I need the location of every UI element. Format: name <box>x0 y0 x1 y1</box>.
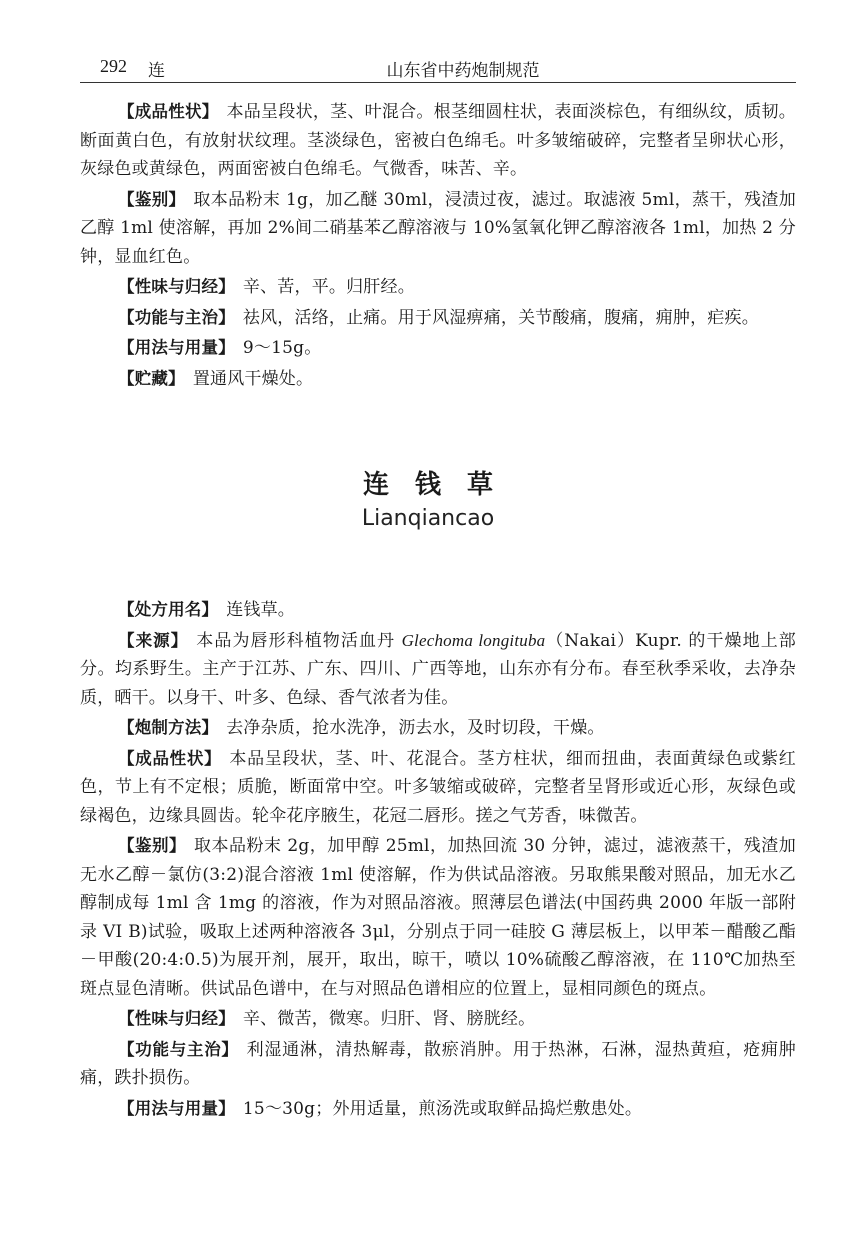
section-label: 【鉴别】 <box>118 190 185 209</box>
section-label: 【功能与主治】 <box>118 1040 239 1059</box>
section-text: 置通风干燥处。 <box>193 369 313 389</box>
section-storage: 【贮藏】置通风干燥处。 <box>80 365 796 394</box>
section-text: 取本品粉末 2g，加甲醇 25ml，加热回流 30 分钟，滤过，滤液蒸干，残渣加… <box>80 836 796 999</box>
entry-body: 【处方用名】连钱草。 【来源】本品为唇形科植物活血丹 Glechoma long… <box>80 596 796 1123</box>
section-dosage: 【用法与用量】9～15g。 <box>80 334 796 363</box>
section-nature-meridian: 【性味与归经】辛、微苦，微寒。归肝、肾、膀胱经。 <box>80 1005 796 1034</box>
section-label: 【成品性状】 <box>118 749 221 768</box>
section-text: 连钱草。 <box>226 600 295 620</box>
entry-title: 连钱草 <box>0 464 856 501</box>
book-page: 292 连 山东省中药炮制规范 【成品性状】本品呈段状，茎、叶混合。根茎细圆柱状… <box>0 0 856 1239</box>
section-text: 去净杂质，抢水洗净，沥去水，及时切段，干燥。 <box>226 718 604 738</box>
section-source: 【来源】本品为唇形科植物活血丹 Glechoma longituba（Nakai… <box>80 627 796 713</box>
section-label: 【成品性状】 <box>118 102 219 121</box>
section-processing-method: 【炮制方法】去净杂质，抢水洗净，沥去水，及时切段，干燥。 <box>80 714 796 743</box>
header-rule <box>80 82 796 83</box>
section-identification: 【鉴别】取本品粉末 1g，加乙醚 30ml，浸渍过夜，滤过。取滤液 5ml，蒸干… <box>80 186 796 272</box>
book-title: 山东省中药炮制规范 <box>80 56 796 81</box>
section-text: 取本品粉末 1g，加乙醚 30ml，浸渍过夜，滤过。取滤液 5ml，蒸干，残渣加… <box>80 190 796 267</box>
section-label: 【鉴别】 <box>118 836 186 855</box>
section-appearance: 【成品性状】本品呈段状，茎、叶混合。根茎细圆柱状，表面淡棕色，有细纵纹，质韧。断… <box>80 98 796 184</box>
section-label: 【用法与用量】 <box>118 1099 235 1118</box>
section-text: 辛、微苦，微寒。归肝、肾、膀胱经。 <box>243 1009 535 1029</box>
section-functions: 【功能与主治】祛风，活络，止痛。用于风湿痹痛，关节酸痛，腹痛，痈肿，疟疾。 <box>80 304 796 333</box>
section-label: 【性味与归经】 <box>118 277 235 296</box>
latin-species-name: Glechoma longituba <box>402 631 546 650</box>
section-functions: 【功能与主治】利湿通淋，清热解毒，散瘀消肿。用于热淋，石淋，湿热黄疸，疮痈肿痛，… <box>80 1036 796 1093</box>
section-text: 祛风，活络，止痛。用于风湿痹痛，关节酸痛，腹痛，痈肿，疟疾。 <box>243 308 759 328</box>
section-label: 【处方用名】 <box>118 600 218 619</box>
entry-pinyin: Lianqiancao <box>0 506 856 531</box>
running-header: 292 连 山东省中药炮制规范 <box>80 52 796 82</box>
section-prescription-name: 【处方用名】连钱草。 <box>80 596 796 625</box>
section-nature-meridian: 【性味与归经】辛、苦，平。归肝经。 <box>80 273 796 302</box>
section-appearance: 【成品性状】本品呈段状，茎、叶、花混合。茎方柱状，细而扭曲，表面黄绿色或紫红色，… <box>80 745 796 831</box>
section-text: 辛、苦，平。归肝经。 <box>243 277 415 297</box>
section-label: 【贮藏】 <box>118 369 185 388</box>
section-text: 本品为唇形科植物活血丹 <box>196 631 401 651</box>
section-text: 9～15g。 <box>243 338 322 358</box>
section-label: 【炮制方法】 <box>118 718 218 737</box>
section-label: 【功能与主治】 <box>118 308 235 327</box>
section-label: 【用法与用量】 <box>118 338 235 357</box>
section-label: 【来源】 <box>118 631 188 650</box>
section-label: 【性味与归经】 <box>118 1009 235 1028</box>
section-dosage: 【用法与用量】15～30g；外用适量，煎汤洗或取鲜品捣烂敷患处。 <box>80 1095 796 1124</box>
previous-entry: 【成品性状】本品呈段状，茎、叶混合。根茎细圆柱状，表面淡棕色，有细纵纹，质韧。断… <box>80 98 796 393</box>
section-text: 15～30g；外用适量，煎汤洗或取鲜品捣烂敷患处。 <box>243 1099 642 1119</box>
section-identification: 【鉴别】取本品粉末 2g，加甲醇 25ml，加热回流 30 分钟，滤过，滤液蒸干… <box>80 832 796 1003</box>
